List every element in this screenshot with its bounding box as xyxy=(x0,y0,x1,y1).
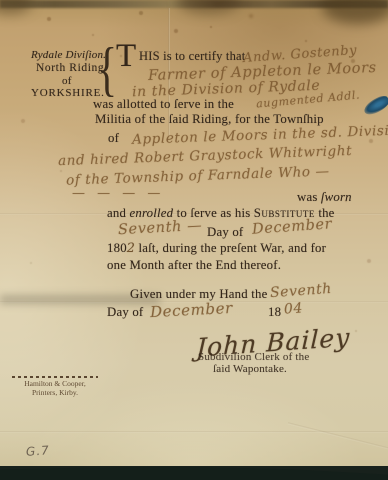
enrolled-pre: and xyxy=(107,206,129,220)
document-photo: Rydale Diviſion. North Riding of YORKSHI… xyxy=(0,0,388,480)
margin-riding-label: North Riding xyxy=(36,62,104,74)
handwritten-dashes: — — — — xyxy=(72,186,164,201)
year-printed: 180 xyxy=(107,241,127,255)
sworn-was: was xyxy=(297,190,321,204)
month-after-line: one Month after the End thereof. xyxy=(107,258,281,273)
handwritten-year2: 04 xyxy=(283,300,303,317)
day-of-label: Day of xyxy=(207,225,243,240)
day-of-label2: Day of xyxy=(107,305,143,320)
allotted-line: was allotted to ſerve in the xyxy=(93,97,234,112)
sworn-word: ſworn xyxy=(321,190,352,204)
of-word: of xyxy=(108,131,119,146)
year-rest: laſt, during the preſent War, and for xyxy=(135,241,326,255)
printer-stamp: Hamilton & Cooper, Printers, Kirby. xyxy=(12,376,98,397)
clerk-title-line1: Subdiviſion Clerk of the xyxy=(198,351,309,363)
stamp-line2: Printers, Kirby. xyxy=(12,389,98,398)
clerk-title-line2: ſaid Wapontake. xyxy=(213,363,287,375)
foxing-spots xyxy=(0,0,2,2)
year-line: 1802 laſt, during the preſent War, and f… xyxy=(107,241,326,256)
stamp-rule xyxy=(12,376,98,378)
dropcap-T: T xyxy=(116,40,136,73)
pencil-mark: G.7 xyxy=(26,443,51,459)
certify-line: HIS is to certify that xyxy=(139,49,245,64)
year-prefix: 18 xyxy=(268,305,281,320)
handwritten-year-digit: 2 xyxy=(127,241,135,256)
margin-division-label: Rydale Diviſion. xyxy=(31,49,106,61)
enrolled-word: enrolled xyxy=(129,206,173,220)
margin-of-label: of xyxy=(62,75,72,87)
curly-brace: { xyxy=(97,38,117,100)
sworn-line: was ſworn xyxy=(297,190,352,205)
militia-line: Militia of the ſaid Riding, for the Town… xyxy=(95,112,324,127)
